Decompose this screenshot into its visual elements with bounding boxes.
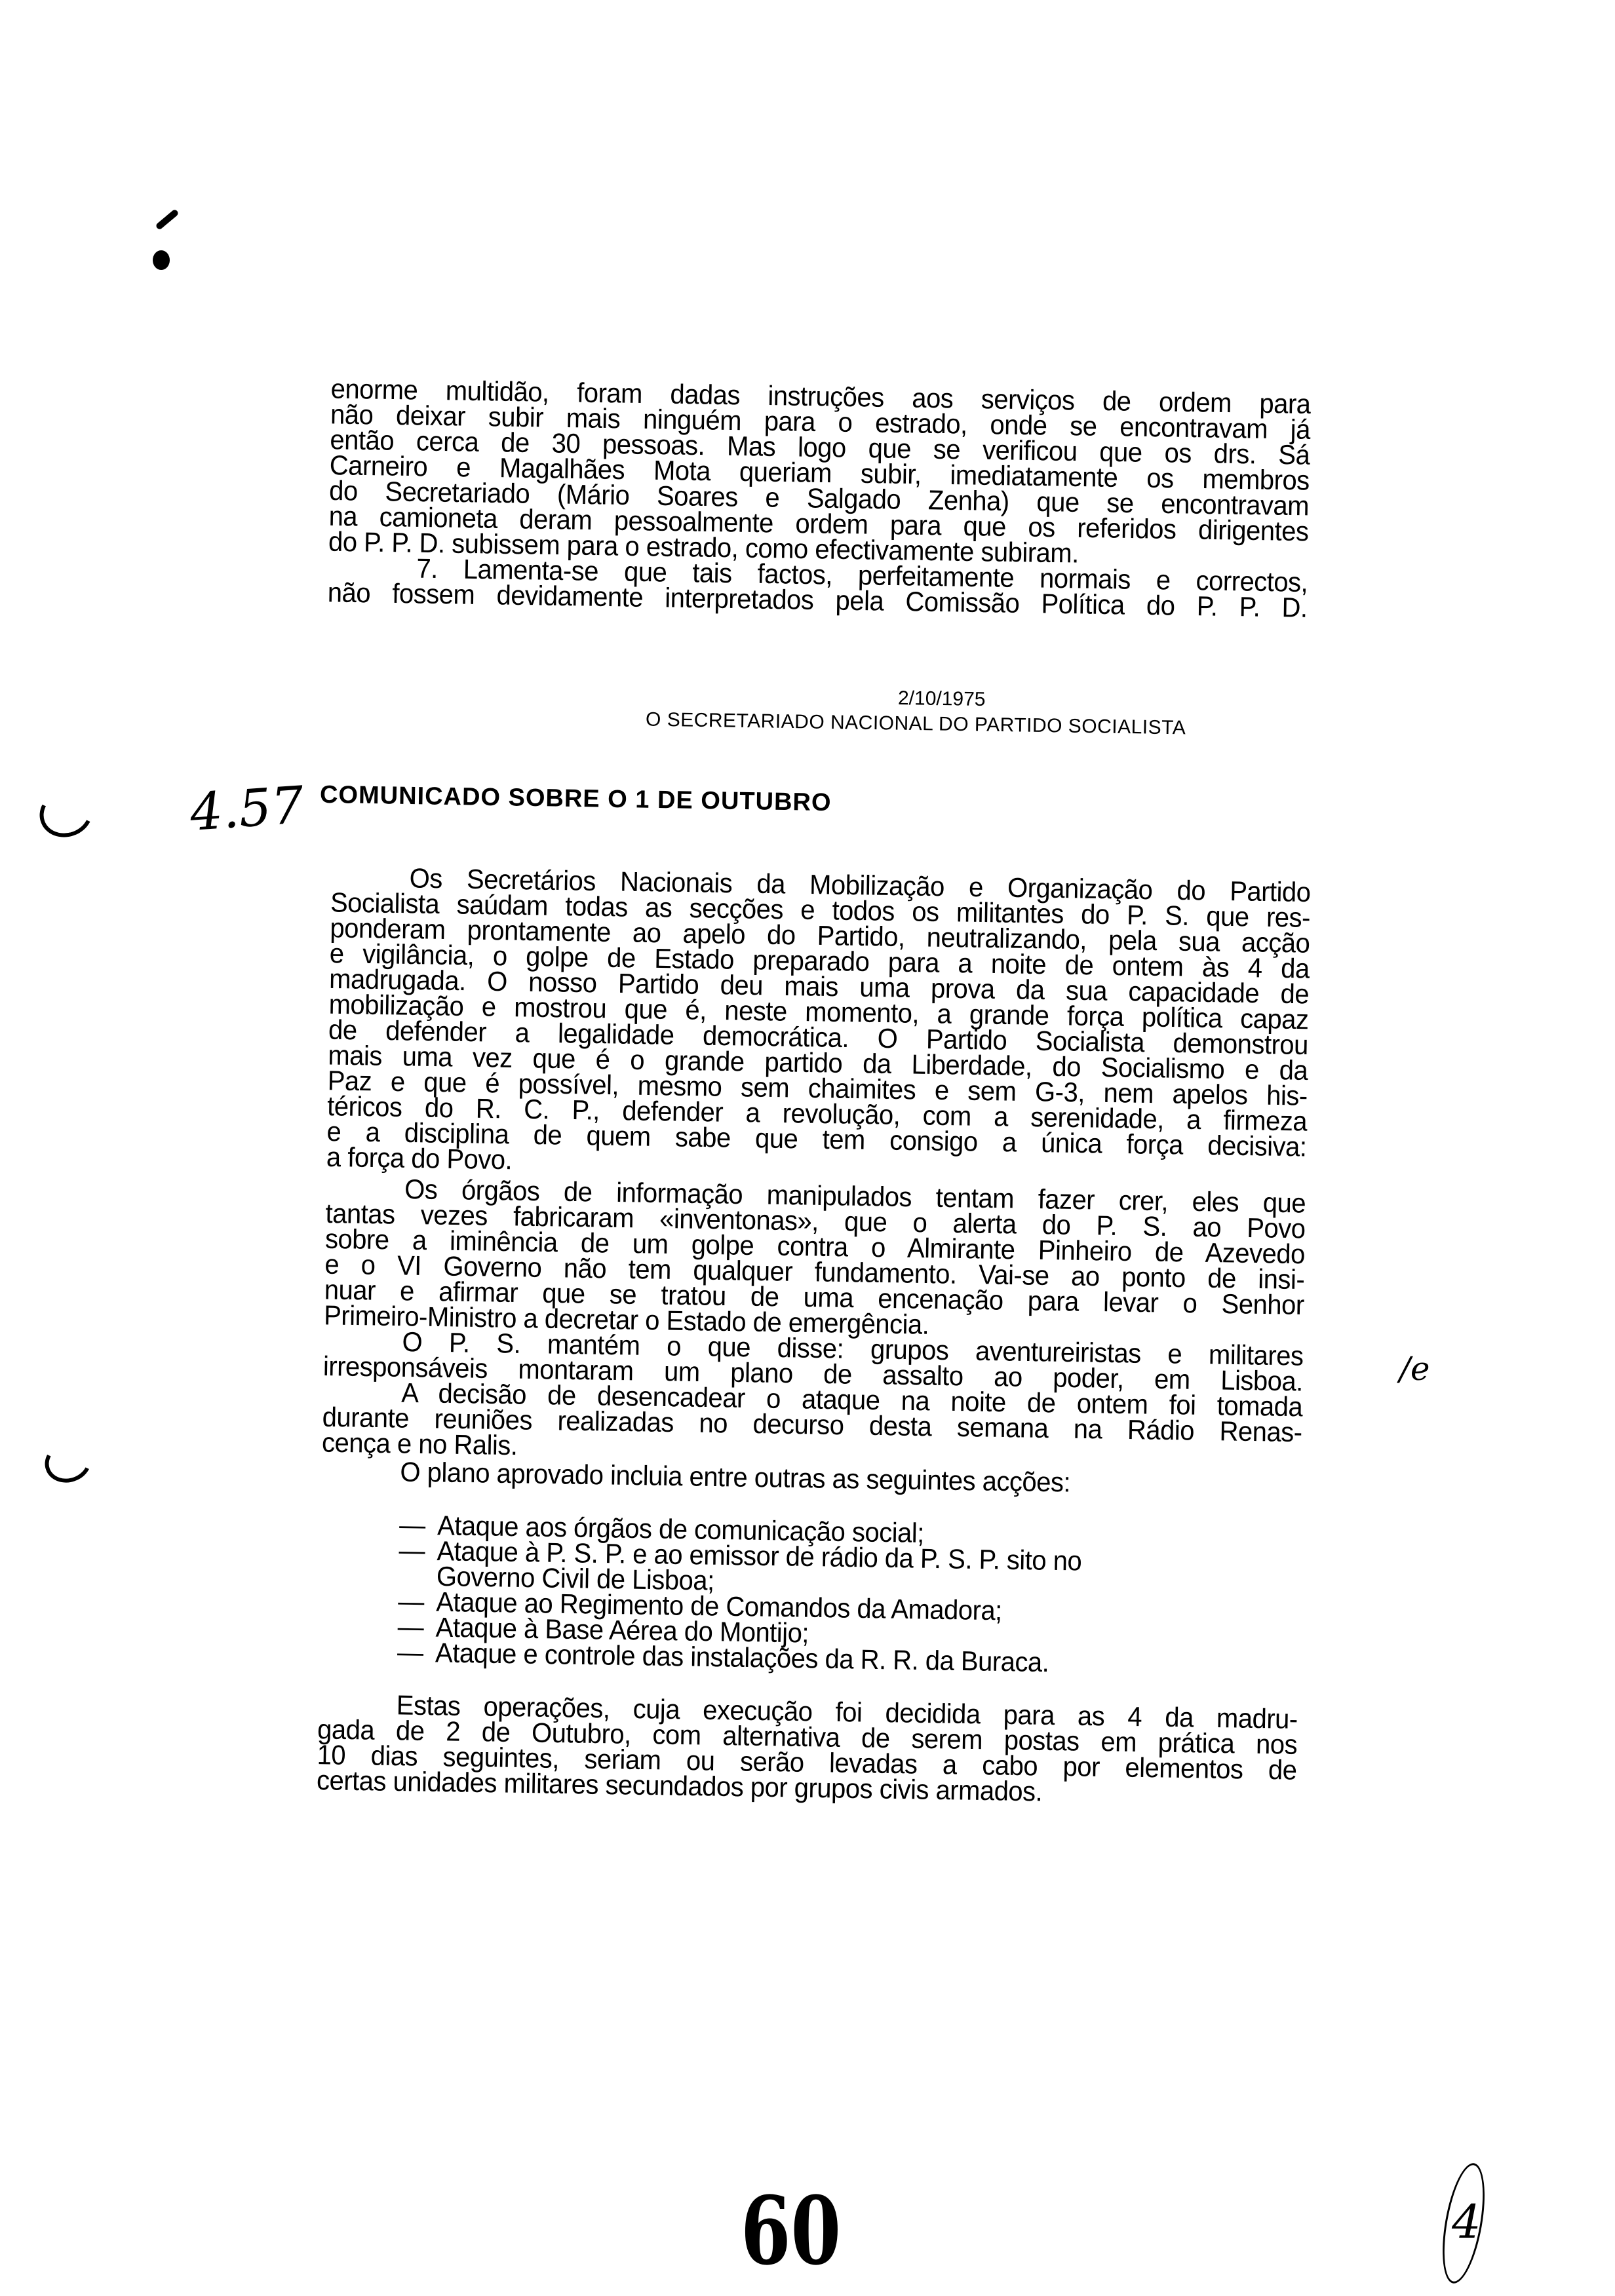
handwritten-tick-mark xyxy=(155,208,179,230)
signature-name: O SECRETARIADO NACIONAL DO PARTIDO SOCIA… xyxy=(646,709,1186,740)
actions-list: —Ataque aos órgãos de comunicação social… xyxy=(319,1512,1300,1680)
document-heading: COMUNICADO SOBRE O 1 DE OUTUBRO xyxy=(320,781,832,817)
scanned-page: 4.57 /e 60 4 enorme multidão, foram dada… xyxy=(0,0,1615,2296)
paragraph-2: Os órgãos de informação manipulados tent… xyxy=(324,1176,1306,1345)
handwritten-margin-note: /e xyxy=(1399,1350,1430,1388)
final-paragraph: Estas operações, cuja execução foi decid… xyxy=(317,1692,1298,1809)
em-dash: — xyxy=(397,1640,436,1666)
signature-date: 2/10/1975 xyxy=(898,687,986,711)
paragraph-4: A decisão de desencadear o ataque na noi… xyxy=(322,1379,1303,1471)
paragraph-1: Os Secretários Nacionais da Mobilização … xyxy=(326,865,1311,1186)
em-dash: — xyxy=(398,1589,437,1615)
handwritten-page-number: 60 xyxy=(741,2176,841,2286)
communique-body: Os Secretários Nacionais da Mobilização … xyxy=(317,865,1311,1809)
handwritten-document-number: 4.57 xyxy=(188,776,306,843)
binder-hole-mark xyxy=(33,782,100,845)
em-dash: — xyxy=(397,1615,436,1641)
continuation-text: enorme multidão, foram dadas instruções … xyxy=(328,377,1311,621)
em-dash: — xyxy=(399,1539,437,1565)
handwritten-ink-dot xyxy=(153,250,170,270)
binder-hole-mark xyxy=(39,1435,98,1489)
handwritten-circled-number: 4 xyxy=(1452,2195,1481,2249)
